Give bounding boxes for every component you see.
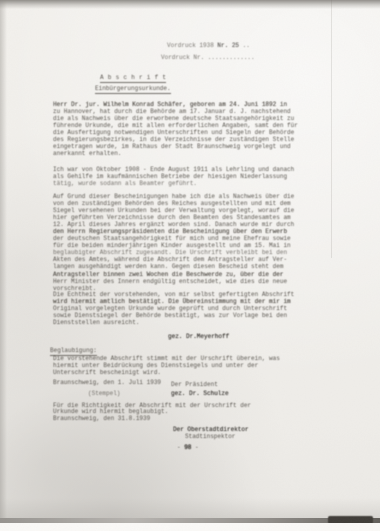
certify-place-date: Braunschweig, den 1. Juli 1939	[53, 379, 161, 386]
text-line: hiermit unter Beidrückung des Dienstsieg…	[53, 362, 280, 369]
stamp-line1-number: Nr. 25	[217, 42, 239, 49]
stamp-note: (Stempel)	[88, 390, 120, 397]
text-line: den Herrn Regierungspräsidenten die Besc…	[53, 228, 294, 235]
text-line: sowie Dienstsiegel der Behörde bestätigt…	[53, 312, 294, 319]
stamp-line1-tail: ..	[239, 42, 250, 49]
text-line: als Gehilfe im kaufmännischen Betriebe d…	[53, 173, 294, 180]
text-line: Auf Grund dieser Bescheinigungen habe ic…	[53, 193, 294, 200]
paragraph-4: Die Echtheit der vorstehenden, von mir s…	[53, 291, 294, 326]
signature-1: gez. Dr.Meyerhoff	[168, 333, 229, 340]
text-line: Herr Minister des Innern endgültig entsc…	[53, 278, 294, 285]
scan-left-shadow	[0, 0, 7, 531]
text-line: Dienststellen ausreicht.	[53, 319, 294, 326]
text-line: des Regierungsbezirkes, in die Verzeichn…	[53, 136, 298, 143]
text-line: tätig, wurde sodann als Beamter geführt.	[53, 180, 294, 187]
text-line: Herr Dr. jur. Wilhelm Konrad Schäfer, ge…	[53, 101, 298, 108]
text-line: hier geführten Verzeichnisse durch den B…	[53, 214, 294, 221]
stamp-line2: Vordruck Nr. .............	[161, 54, 255, 61]
paragraph-3: Auf Grund dieser Bescheinigungen habe ic…	[53, 193, 294, 292]
paper-crease-line	[331, 0, 332, 258]
scanned-document-page: Vordruck 1938 Nr. 25 .. Vordruck Nr. ...…	[0, 0, 380, 531]
text-line: die als Nachweis über die erworbene deut…	[53, 115, 298, 122]
text-line: Braunschweig, den 31.8.1939	[53, 416, 251, 422]
heading-title: Einbürgerungsurkunde.	[95, 85, 171, 94]
text-line: Original vorgelegten Urkunde wurde geprü…	[53, 305, 294, 312]
form-number-stamp: Vordruck 1938 Nr. 25 .. Vordruck Nr. ...…	[167, 42, 255, 61]
text-line: Antragsteller binnen zwei Wochen die Bes…	[53, 271, 294, 278]
text-line: führende Urkunde, die mit allen erforder…	[53, 122, 298, 129]
page-number-suffix: -	[191, 444, 198, 451]
text-line: Die vorstehende Abschrift stimmt mit der…	[53, 355, 280, 362]
certify-paragraph: Die vorstehende Abschrift stimmt mit der…	[53, 355, 280, 376]
text-line: Die Echtheit der vorstehenden, von mir s…	[53, 291, 294, 298]
paragraph-2: Ich war von Oktober 1908 - Ende August 1…	[53, 166, 294, 187]
text-line: eingetragen wurde, im Rathaus der Stadt …	[53, 143, 298, 150]
text-line: der deutschen Staatsangehörigkeit für mi…	[53, 235, 294, 242]
text-line: langen ausgehändigt werden kann. Gegen d…	[53, 263, 294, 270]
certify-office: Der Präsident	[171, 381, 218, 388]
attest-office: Der Oberstadtdirektor	[173, 426, 249, 433]
scan-top-shadow	[0, 0, 380, 9]
signature-2: gez. Dr. Schulze	[171, 390, 229, 397]
text-line: von den zuständigen Behörden des Reiches…	[53, 200, 294, 207]
scan-bottom-margin	[0, 523, 380, 531]
text-line: 12. April dieses Jahres ergänzt worden s…	[53, 221, 294, 228]
attest-paragraph: Für die Richtigkeit der Abschrift mit de…	[53, 403, 251, 422]
scan-bottom-shadow	[0, 498, 380, 518]
text-line: zu Hannover, hat durch die Behörde am 17…	[53, 108, 298, 115]
text-line: beglaubigter Abschrift zugesandt. Die Ur…	[53, 249, 294, 256]
text-line: Siegel versehenen Urkunden bei der Verwa…	[53, 207, 294, 214]
text-line: wird hiermit amtlich bestätigt. Die Über…	[53, 298, 294, 305]
text-line: Akten des Amtes, während die Abschrift d…	[53, 256, 294, 263]
text-line: die Ausfertigung notwendigen Unterschrif…	[53, 129, 298, 136]
text-line: anerkannt erhalten.	[53, 150, 298, 157]
text-line: Ich war von Oktober 1908 - Ende August 1…	[53, 166, 294, 173]
heading-abschrift: A b s c h r i f t	[100, 74, 166, 83]
page-number: - 98 -	[177, 444, 199, 451]
attest-signed: Stadtinspektor	[185, 433, 235, 440]
text-line: für die beiden minderjährigen Kinder aus…	[53, 242, 294, 249]
stamp-line1-text: Vordruck 1938	[167, 42, 217, 49]
paragraph-1: Herr Dr. jur. Wilhelm Konrad Schäfer, ge…	[53, 101, 298, 157]
text-line: Unterschrift bescheinigt wird.	[53, 369, 280, 376]
